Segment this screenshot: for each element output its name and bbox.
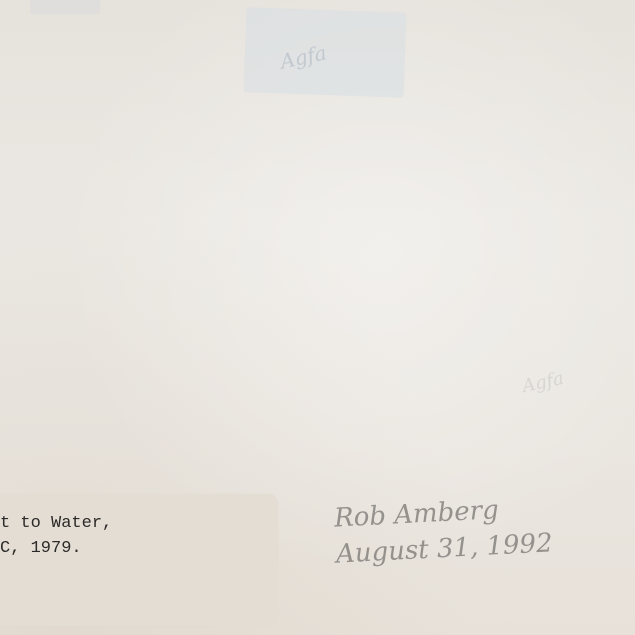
signature-name: Rob Amberg	[333, 495, 499, 534]
caption-text: t to Water, C, 1979.	[0, 511, 112, 561]
caption-line-2: C, 1979.	[0, 539, 82, 558]
stamp-fragment	[30, 0, 100, 14]
caption-line-1: t to Water,	[0, 514, 112, 533]
pencil-signature: Rob Amberg August 31, 1992	[333, 489, 553, 572]
